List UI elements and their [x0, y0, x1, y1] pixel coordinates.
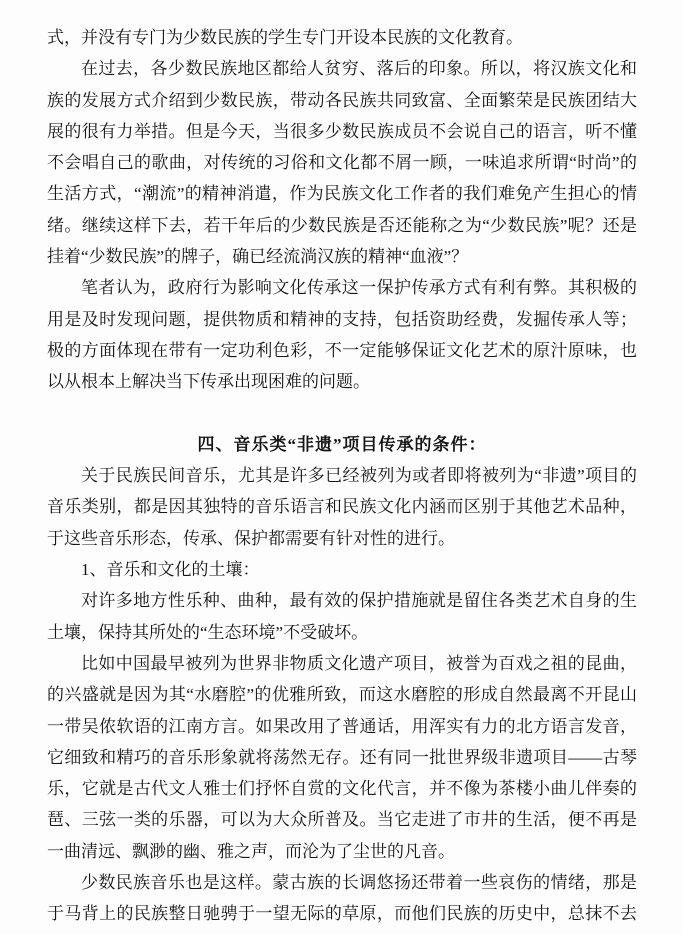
text-line: 以从根本上解决当下传承出现困难的问题。	[47, 366, 637, 397]
text-line: 不会唱自己的歌曲，对传统的习俗和文化都不屑一顾，一味追求所谓“时尚”的	[47, 147, 637, 178]
text-line: 展的很有力举措。但是今天，当很多少数民族成员不会说自己的语言，听不懂也	[47, 116, 637, 147]
text-line: 关于民族民间音乐，尤其是许多已经被列为或者即将被列为“非遗”项目的	[47, 460, 637, 491]
text-line: 式，并没有专门为少数民族的学生专门开设本民族的文化教育。	[47, 22, 637, 53]
text-line: 乐，它就是古代文人雅士们抒怀自赏的文化代言，并不像为茶楼小曲儿伴奏的琵	[47, 773, 637, 804]
blank-line	[47, 398, 637, 429]
text-line: 笔者认为，政府行为影响文化传承这一保护传承方式有利有弊。其积极的作	[47, 272, 637, 303]
text-line: 生活方式，“潮流”的精神消遣，作为民族文化工作者的我们难免产生担心的情	[47, 178, 637, 209]
text-line: 于这些音乐形态，传承、保护都需要有针对性的进行。	[47, 523, 637, 554]
text-line: 一曲清远、飘渺的幽、雅之声，而沦为了尘世的凡音。	[47, 836, 637, 867]
text-line: 族的发展方式介绍到少数民族，带动各民族共同致富、全面繁荣是民族团结大发	[47, 85, 637, 116]
text-line: 在过去，各少数民族地区都给人贫穷、落后的印象。所以，将汉族文化和汉	[47, 53, 637, 84]
section-heading: 四、音乐类“非遗”项目传承的条件：	[47, 429, 637, 460]
text-line: 琶、三弦一类的乐器，可以为大众所普及。当它走进了市井的生活，便不再是那	[47, 804, 637, 835]
text-line: 土壤，保持其所处的“生态环境”不受破坏。	[47, 617, 637, 648]
document-body: 式，并没有专门为少数民族的学生专门开设本民族的文化教育。在过去，各少数民族地区都…	[0, 0, 683, 930]
text-line: 音乐类别，都是因其独特的音乐语言和民族文化内涵而区别于其他艺术品种，对	[47, 491, 637, 522]
text-line: 它细致和精巧的音乐形象就将荡然无存。还有同一批世界级非遗项目——古琴音	[47, 742, 637, 773]
text-line: 比如中国最早被列为世界非物质文化遗产项目，被誉为百戏之祖的昆曲，它	[47, 648, 637, 679]
text-line: 的兴盛就是因为其“水磨腔”的优雅所致，而这水磨腔的形成自然最离不开昆山	[47, 679, 637, 710]
text-line: 极的方面体现在带有一定功利色彩，不一定能够保证文化艺术的原汁原味，也难	[47, 335, 637, 366]
text-line: 于马背上的民族整日驰骋于一望无际的草原，而他们民族的历史中，总抹不去那	[47, 898, 637, 929]
text-line: 1、音乐和文化的土壤：	[47, 554, 637, 585]
text-line: 少数民族音乐也是这样。蒙古族的长调悠扬还带着一些哀伤的情绪，那是由	[47, 867, 637, 898]
text-line: 绪。继续这样下去，若干年后的少数民族是否还能称之为“少数民族”呢？还是	[47, 210, 637, 241]
text-line: 用是及时发现问题，提供物质和精神的支持，包括资助经费，发掘传承人等；消	[47, 304, 637, 335]
text-line: 一带吴侬软语的江南方言。如果改用了普通话，用浑实有力的北方语言发音，那	[47, 711, 637, 742]
text-line: 对许多地方性乐种、曲种，最有效的保护措施就是留住各类艺术自身的生存	[47, 585, 637, 616]
document-page: 式，并没有专门为少数民族的学生专门开设本民族的文化教育。在过去，各少数民族地区都…	[0, 0, 683, 935]
text-line: 挂着“少数民族”的牌子，确已经流淌汉族的精神“血液”？	[47, 241, 637, 272]
